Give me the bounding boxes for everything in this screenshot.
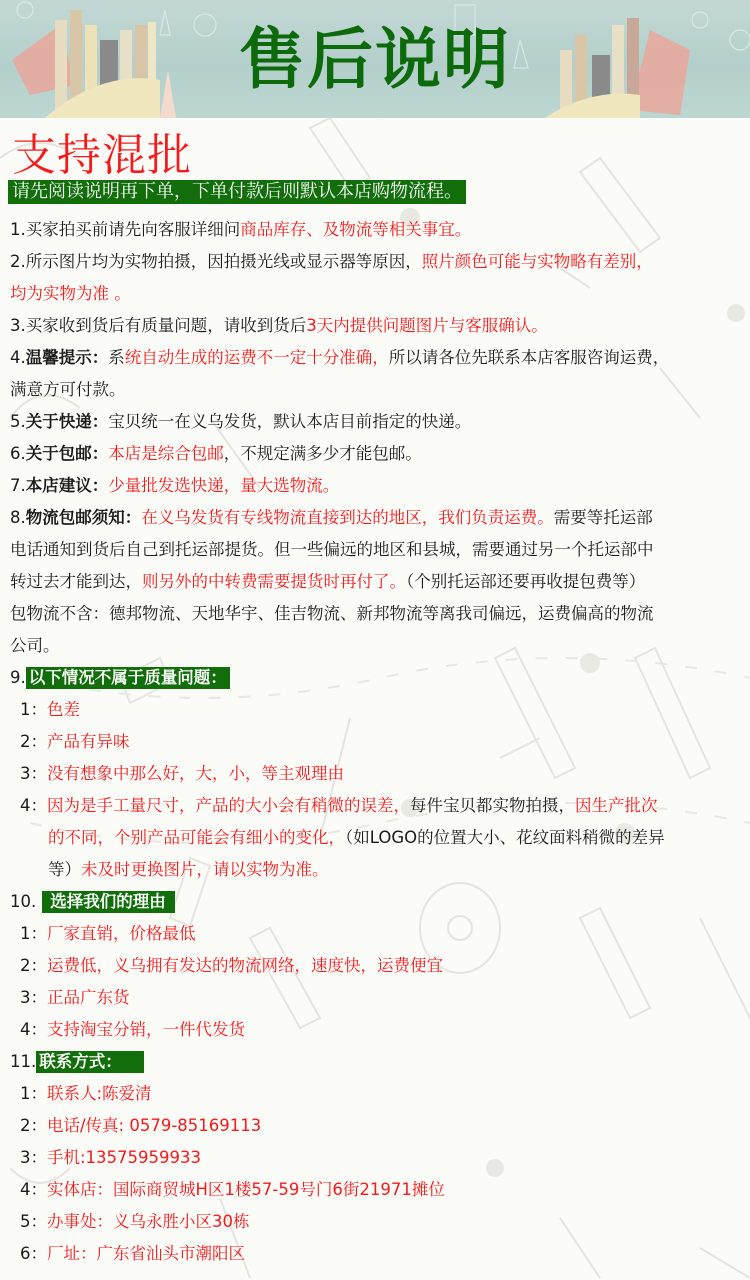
item-text: 需要等托运部 [554,508,653,527]
entry-number: 1： [20,700,47,719]
section-9-entry-1: 1：色差 [20,699,80,721]
policy-item-1: 1.买家拍买前请先向客服详细问商品库存、及物流等相关事宜。 [10,219,471,241]
item-label: 本店建议： [26,476,109,495]
item-label: 关于快递： [26,412,109,431]
page-title: 售后说明 [0,20,750,100]
section-number: 9. [10,668,26,687]
entry-number: 2： [20,956,47,975]
entry-text: 电话/传真: 0579-85169113 [47,1116,261,1135]
contact-physical-store: 4：实体店：国际商贸城H区1楼57-59号门6街21971摊位 [20,1179,445,1201]
item-text: （个别托运部还要再收提包费等） [406,572,645,591]
entry-number: 5： [20,1212,47,1231]
entry-text: 每件宝贝都实物拍摄， [410,796,575,815]
section-10-entry-2: 2：运费低，义乌拥有发达的物流网络，速度快，运费便宜 [20,955,443,977]
item-label: 物流包邮须知： [26,508,142,527]
section-title-tag: 联系方式： [36,1051,144,1073]
entry-text: 厂址：广东省汕头市潮阳区 [47,1244,245,1263]
entry-highlight: 的不同，个别产品可能会有细小的变化， [48,828,345,847]
entry-number: 4： [20,796,47,815]
header-banner: 售后说明 [0,0,750,118]
section-10-heading: 10. 选择我们的理由 [10,891,175,913]
item-text: 买家收到货后有质量问题，请收到货后 [26,316,307,335]
contact-mobile: 3：手机:13575959933 [20,1147,201,1169]
item-highlight: 3天内提供问题图片与客服确认。 [306,316,548,335]
section-9-entry-2: 2：产品有异味 [20,731,130,753]
entry-number: 3： [20,1148,47,1167]
entry-number: 6： [20,1244,47,1263]
section-number: 10. [10,892,36,911]
item-text: 买家拍买前请先向客服详细问 [26,220,241,239]
entry-number: 3： [20,988,47,1007]
entry-highlight: 因生产批次 [575,796,658,815]
section-10-entry-3: 3：正品广东货 [20,987,130,1009]
section-9-entry-4-line-2: 的不同，个别产品可能会有细小的变化，（如LOGO的位置大小、花纹面料稍微的差异 [48,827,665,849]
policy-item-2: 2.所示图片均为实物拍摄，因拍摄光线或显示器等原因，照片颜色可能与实物略有差别， [10,251,653,273]
entry-text: 厂家直销，价格最低 [47,924,196,943]
policy-item-8-line-3: 转过去才能到达，则另外的中转费需要提货时再付了。（个别托运部还要再收提包费等） [10,571,645,593]
item-highlight: 少量批发选快递，量大选物流。 [108,476,339,495]
policy-item-8-line-2: 电话通知到货后自己到托运部提货。但一些偏远的地区和县城，需要通过另一个托运部中 [10,539,654,561]
entry-number: 1： [20,1084,47,1103]
contact-phone-fax: 2：电话/传真: 0579-85169113 [20,1115,261,1137]
section-10-entry-1: 1：厂家直销，价格最低 [20,923,196,945]
policy-item-8-line-4: 包物流不含：德邦物流、天地华宇、佳吉物流、新邦物流等离我司偏远，运费偏高的物流 [10,603,654,625]
item-text: 所示图片均为实物拍摄，因拍摄光线或显示器等原因， [26,252,422,271]
item-number: 7. [10,476,26,495]
item-text: 转过去才能到达， [10,572,142,591]
section-9-entry-4: 4：因为是手工量尺寸，产品的大小会有稍微的误差，每件宝贝都实物拍摄，因生产批次 [20,795,658,817]
policy-item-8: 8.物流包邮须知：在义乌发货有专线物流直接到达的地区，我们负责运费。需要等托运部 [10,507,653,529]
read-first-notice: 请先阅读说明再下单，下单付款后则默认本店购物流程。 [8,180,466,204]
entry-text: 手机:13575959933 [47,1148,201,1167]
contact-person: 1：联系人:陈爱清 [20,1083,152,1105]
section-9-entry-4-line-3: 等）未及时更换图片，请以实物为准。 [48,859,329,881]
section-9-heading: 9.以下情况不属于质量问题： [10,667,230,689]
contact-office: 5：办事处：义乌永胜小区30栋 [20,1211,250,1233]
policy-item-4: 4.温馨提示：系统自动生成的运费不一定十分准确，所以请各位先联系本店客服咨询运费… [10,347,669,369]
entry-text: 等） [48,860,81,879]
item-highlight: 则另外的中转费需要提货时再付了。 [142,572,406,591]
item-label: 温馨提示： [26,348,109,367]
entry-text: 支持淘宝分销，一件代发货 [47,1020,245,1039]
contact-factory-address: 6：厂址：广东省汕头市潮阳区 [20,1243,245,1265]
section-title-tag: 选择我们的理由 [42,891,175,913]
item-number: 8. [10,508,26,527]
item-text: 所以请各位先联系本店客服咨询运费， [389,348,670,367]
policy-item-3: 3.买家收到货后有质量问题，请收到货后3天内提供问题图片与客服确认。 [10,315,548,337]
entry-text: （如LOGO的位置大小、花纹面料稍微的差异 [345,828,665,847]
entry-text: 联系人:陈爱清 [47,1084,152,1103]
item-number: 5. [10,412,26,431]
entry-highlight: 因为是手工量尺寸，产品的大小会有稍微的误差， [47,796,410,815]
policy-item-5: 5.关于快递：宝贝统一在义乌发货，默认本店目前指定的快递。 [10,411,471,433]
section-title-tag: 以下情况不属于质量问题： [26,667,230,689]
item-number: 6. [10,444,26,463]
item-text: 系 [108,348,125,367]
policy-item-4-cont: 满意方可付款。 [10,379,126,401]
entry-highlight: 未及时更换图片，请以实物为准。 [81,860,329,879]
entry-text: 色差 [47,700,80,719]
entry-text: 没有想象中那么好，大，小，等主观理由 [47,764,344,783]
entry-text: 正品广东货 [47,988,130,1007]
item-label: 关于包邮： [26,444,109,463]
section-number: 11. [10,1052,36,1071]
entry-number: 4： [20,1180,47,1199]
section-11-heading: 11.联系方式： [10,1051,144,1073]
item-highlight: 照片颜色可能与实物略有差别， [422,252,653,271]
item-text: ，不规定满多少才能包邮。 [224,444,422,463]
mixed-wholesale-headline: 支持混批 [12,128,192,184]
section-9-entry-3: 3：没有想象中那么好，大，小，等主观理由 [20,763,344,785]
policy-item-8-line-5: 公司。 [10,635,60,657]
entry-number: 2： [20,732,47,751]
entry-text: 产品有异味 [47,732,130,751]
entry-text: 实体店：国际商贸城H区1楼57-59号门6街21971摊位 [47,1180,445,1199]
item-highlight: 统自动生成的运费不一定十分准确， [125,348,389,367]
item-number: 4. [10,348,26,367]
entry-text: 办事处：义乌永胜小区30栋 [47,1212,250,1231]
entry-number: 1： [20,924,47,943]
entry-number: 4： [20,1020,47,1039]
item-text: 宝贝统一在义乌发货，默认本店目前指定的快递。 [108,412,471,431]
item-number: 1. [10,220,26,239]
item-highlight: 在义乌发货有专线物流直接到达的地区，我们负责运费。 [141,508,554,527]
policy-item-6: 6.关于包邮：本店是综合包邮，不规定满多少才能包邮。 [10,443,422,465]
entry-number: 2： [20,1116,47,1135]
policy-item-2-cont: 均为实物为准 。 [10,283,131,305]
entry-text: 运费低，义乌拥有发达的物流网络，速度快，运费便宜 [47,956,443,975]
item-number: 2. [10,252,26,271]
item-number: 3. [10,316,26,335]
item-highlight: 本店是综合包邮 [108,444,224,463]
item-highlight: 商品库存、及物流等相关事宜。 [240,220,471,239]
section-10-entry-4: 4：支持淘宝分销，一件代发货 [20,1019,245,1041]
policy-item-7: 7.本店建议：少量批发选快递，量大选物流。 [10,475,339,497]
entry-number: 3： [20,764,47,783]
